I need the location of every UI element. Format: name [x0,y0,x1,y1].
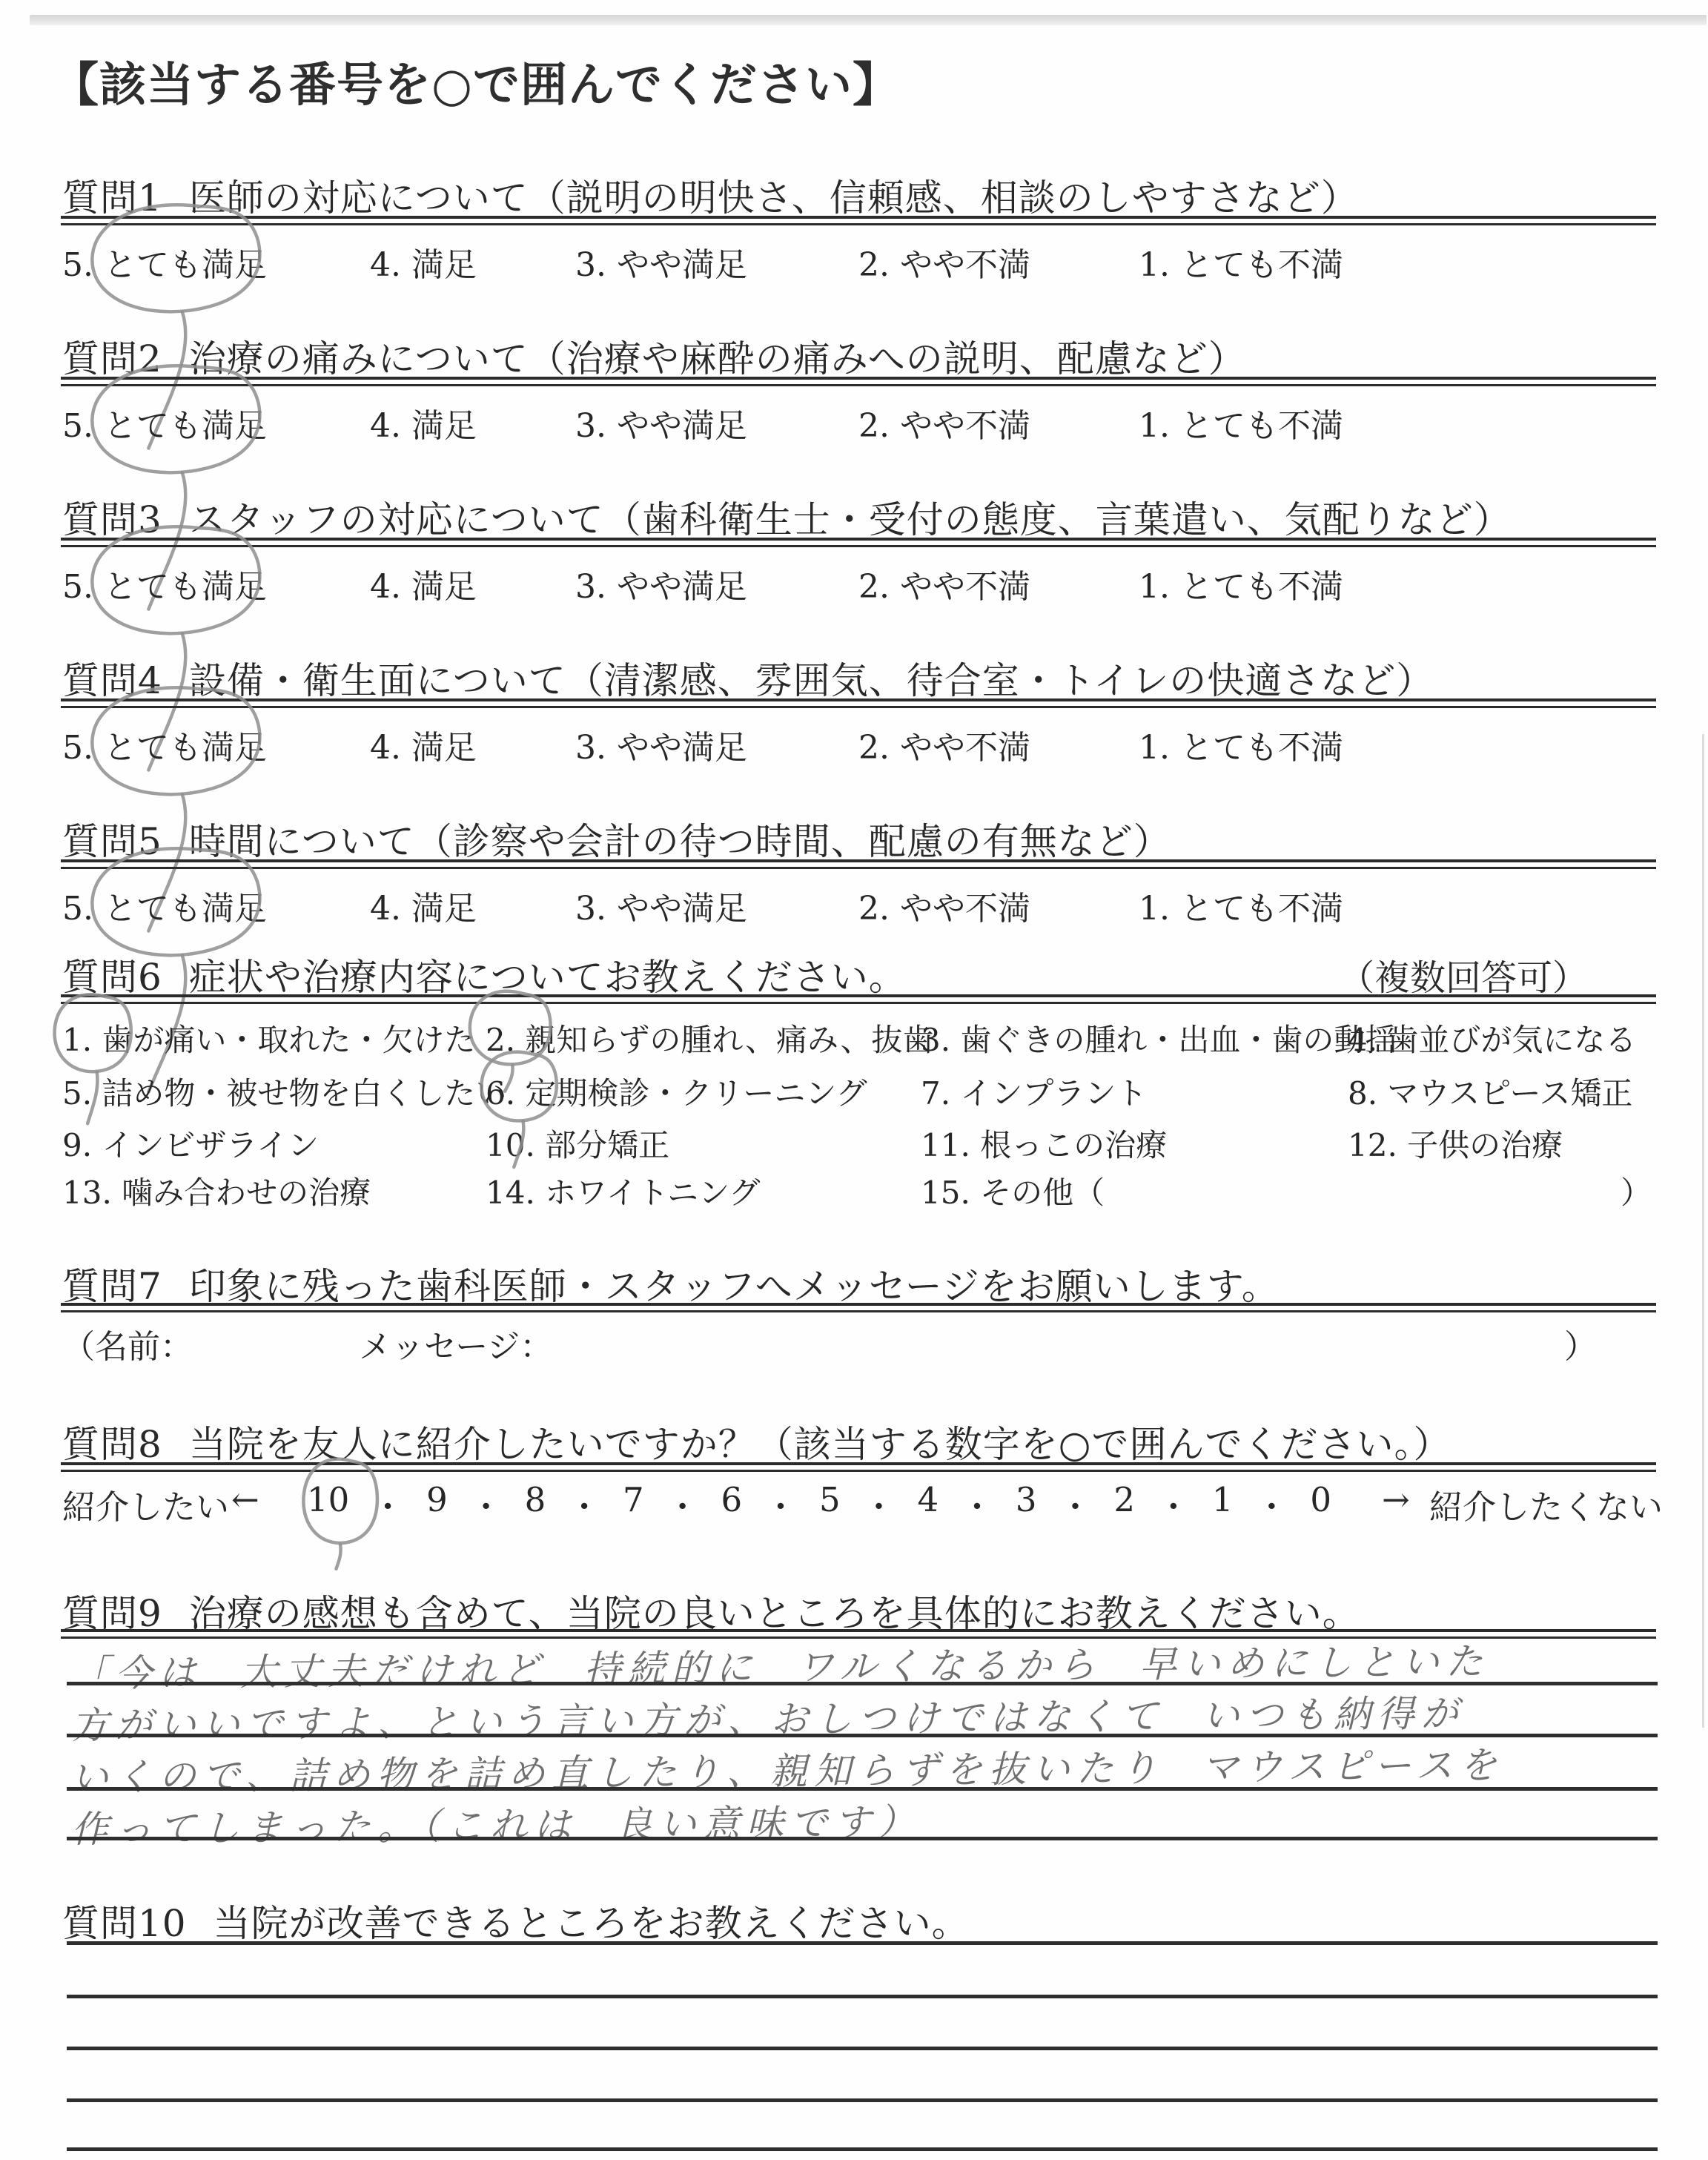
option-4-satisfied: 4. 満足 [370,560,477,607]
rule-double-q3 [61,538,1656,547]
q6-item-10: 10. 部分矯正 [486,1121,669,1166]
q10-writing-line-5 [67,2147,1658,2151]
q8-dot-separator: ・ [568,1480,601,1528]
q8-dot-separator: ・ [1156,1480,1190,1528]
option-4-satisfied: 4. 満足 [370,399,477,446]
question-6-items-row-4: 13. 噛み合わせの治療 14. ホワイトニング 15. その他（ ） [62,1169,1664,1206]
question-6-items-row-3: 9. インビザライン 10. 部分矯正 11. 根っこの治療 12. 子供の治療 [62,1121,1664,1158]
q6-item-9: 9. インビザライン [62,1121,319,1166]
option-1-very-dissatisfied: 1. とても不満 [1139,721,1343,768]
q8-dot-separator: ・ [469,1480,503,1528]
question-8-number: 質問8 [62,1423,162,1466]
option-3-somewhat-satisfied: 3. やや満足 [575,560,747,607]
q7-message-label: メッセージ： [359,1320,552,1367]
q6-item-12: 12. 子供の治療 [1348,1121,1563,1166]
question-10-number: 質問10 [62,1902,187,1945]
option-2-somewhat-dissatisfied: 2. やや不満 [858,882,1030,929]
q8-number-scale: 10 ・ 9 ・ 8 ・ 7 ・ 6 ・ 5 ・ 4 ・ 3 ・ 2 ・ 1 ・… [307,1480,1331,1528]
question-7-number: 質問7 [62,1265,162,1308]
question-4-options: 5. とても満足 4. 満足 3. やや満足 2. やや不満 1. とても不満 [62,721,1656,759]
question-10-heading: 質問10当院が改善できるところをお教えください。 [62,1894,970,1947]
pencil-circle-q1-answer [80,195,271,320]
rule-double-q4 [61,698,1656,708]
rule-double-q7 [61,1303,1656,1312]
pencil-circle-q4-answer [80,678,271,802]
pencil-circle-q6-item-6 [477,1048,560,1123]
option-1-very-dissatisfied: 1. とても不満 [1139,238,1343,285]
pencil-circle-q8-score-10 [299,1455,381,1545]
q6-item-8: 8. マウスピース矯正 [1348,1069,1632,1114]
rule-double-q2 [61,377,1656,386]
q8-number-3: 3 [1016,1480,1037,1528]
q6-item-13: 13. 噛み合わせの治療 [62,1169,371,1213]
q8-number-7: 7 [623,1480,644,1528]
q8-left-label: 紹介したい [62,1480,229,1528]
q6-other-close-paren: ） [1621,1169,1652,1213]
q6-item-7: 7. インプラント [921,1069,1147,1114]
q8-dot-separator: ・ [1255,1480,1288,1528]
q8-dot-separator: ・ [764,1480,798,1528]
question-4-heading: 質問4設備・衛生面について（清潔感、雰囲気、待合室・トイレの快適さなど） [62,651,1434,704]
option-2-somewhat-dissatisfied: 2. やや不満 [858,238,1030,285]
q8-number-5: 5 [819,1480,841,1528]
rule-double-q1 [61,216,1656,225]
question-3-heading: 質問3スタッフの対応について（歯科衛生士・受付の態度、言葉遣い、気配りなど） [62,490,1512,544]
question-7-title: 印象に残った歯科医師・スタッフへメッセージをお願いします。 [189,1265,1280,1308]
option-4-satisfied: 4. 満足 [370,882,477,929]
q8-number-9: 9 [426,1480,448,1528]
scan-artifact-band [30,15,1707,25]
scan-artifact-edge [1702,734,1704,1728]
page-title: 【該当する番号を○で囲んでください】 [52,47,900,115]
question-2-options: 5. とても満足 4. 満足 3. やや満足 2. やや不満 1. とても不満 [62,399,1656,437]
q10-writing-line-1 [67,1941,1658,1945]
question-6-items-row-2: 5. 詰め物・被せ物を白くしたい 6. 定期検診・クリーニング 7. インプラン… [62,1069,1664,1106]
question-5-title: 時間について（診察や会計の待つ時間、配慮の有無など） [189,820,1171,863]
q8-number-0: 0 [1310,1480,1331,1528]
option-3-somewhat-satisfied: 3. やや満足 [575,882,747,929]
q7-close-paren: ） [1564,1320,1597,1367]
option-2-somewhat-dissatisfied: 2. やや不満 [858,721,1030,768]
option-4-satisfied: 4. 満足 [370,238,477,285]
question-1-title: 医師の対応について（説明の明快さ、信頼感、相談のしやすさなど） [189,176,1359,219]
question-10-title: 当院が改善できるところをお教えください。 [213,1902,970,1945]
q6-item-5: 5. 詰め物・被せ物を白くしたい [62,1069,506,1114]
q8-number-1: 1 [1212,1480,1234,1528]
q9-writing-line-4 [67,1837,1658,1840]
question-3-options: 5. とても満足 4. 満足 3. やや満足 2. やや不満 1. とても不満 [62,560,1656,598]
q6-item-3: 3. 歯ぐきの腫れ・出血・歯の動揺 [921,1016,1396,1060]
question-1-options: 5. とても満足 4. 満足 3. やや満足 2. やや不満 1. とても不満 [62,238,1656,277]
rule-double-q6 [61,994,1656,1004]
question-8-heading: 質問8当院を友人に紹介したいですか？（該当する数字を○で囲んでください。） [62,1415,1451,1468]
q8-number-2: 2 [1113,1480,1135,1528]
question-6-items-row-1: 1. 歯が痛い・取れた・欠けた 2. 親知らずの腫れ、痛み、抜歯 3. 歯ぐきの… [62,1016,1664,1053]
pencil-circle-q3-answer [80,517,271,641]
q6-item-4: 4. 歯並びが気になる [1348,1016,1636,1060]
option-3-somewhat-satisfied: 3. やや満足 [575,238,747,285]
question-7-answer-row: （名前： メッセージ： ） [62,1320,1656,1360]
pencil-circle-q2-answer [80,356,271,480]
scanned-survey-page: 【該当する番号を○で囲んでください】 質問1医師の対応について（説明の明快さ、信… [0,0,1708,2160]
q8-number-4: 4 [917,1480,939,1528]
q10-writing-line-4 [67,2098,1658,2102]
q8-right-label: 紹介したくない [1429,1480,1663,1528]
q8-number-8: 8 [525,1480,546,1528]
pencil-circle-q6-item-1 [50,991,135,1074]
q8-dot-separator: ・ [862,1480,896,1528]
q8-dot-separator: ・ [1059,1480,1092,1528]
q6-item-15-other: 15. その他（ [921,1169,1105,1213]
q7-name-label: （名前： [62,1320,193,1367]
rule-double-q5 [61,859,1656,869]
question-2-title: 治療の痛みについて（治療や麻酔の痛みへの説明、配慮など） [189,337,1246,380]
question-5-options: 5. とても満足 4. 満足 3. やや満足 2. やや不満 1. とても不満 [62,882,1656,920]
option-3-somewhat-satisfied: 3. やや満足 [575,399,747,446]
option-4-satisfied: 4. 満足 [370,721,477,768]
q10-writing-line-2 [67,1995,1658,1998]
q8-left-arrow-icon: ← [231,1480,259,1519]
option-2-somewhat-dissatisfied: 2. やや不満 [858,399,1030,446]
q6-item-14: 14. ホワイトニング [486,1169,760,1213]
q8-number-6: 6 [721,1480,743,1528]
q6-item-11: 11. 根っこの治療 [921,1121,1167,1166]
question-4-title: 設備・衛生面について（清潔感、雰囲気、待合室・トイレの快適さなど） [189,659,1434,702]
option-2-somewhat-dissatisfied: 2. やや不満 [858,560,1030,607]
q10-writing-line-3 [67,2047,1658,2050]
q8-dot-separator: ・ [666,1480,699,1528]
q8-dot-separator: ・ [960,1480,993,1528]
question-6-multi-answer-note: （複数回答可） [1339,949,1588,1000]
option-1-very-dissatisfied: 1. とても不満 [1139,560,1343,607]
option-3-somewhat-satisfied: 3. やや満足 [575,721,747,768]
q8-right-arrow-icon: → [1382,1480,1410,1519]
question-3-title: スタッフの対応について（歯科衛生士・受付の態度、言葉遣い、気配りなど） [189,498,1512,541]
option-1-very-dissatisfied: 1. とても不満 [1139,882,1343,929]
pencil-circle-q5-answer [80,839,271,963]
option-1-very-dissatisfied: 1. とても不満 [1139,399,1343,446]
